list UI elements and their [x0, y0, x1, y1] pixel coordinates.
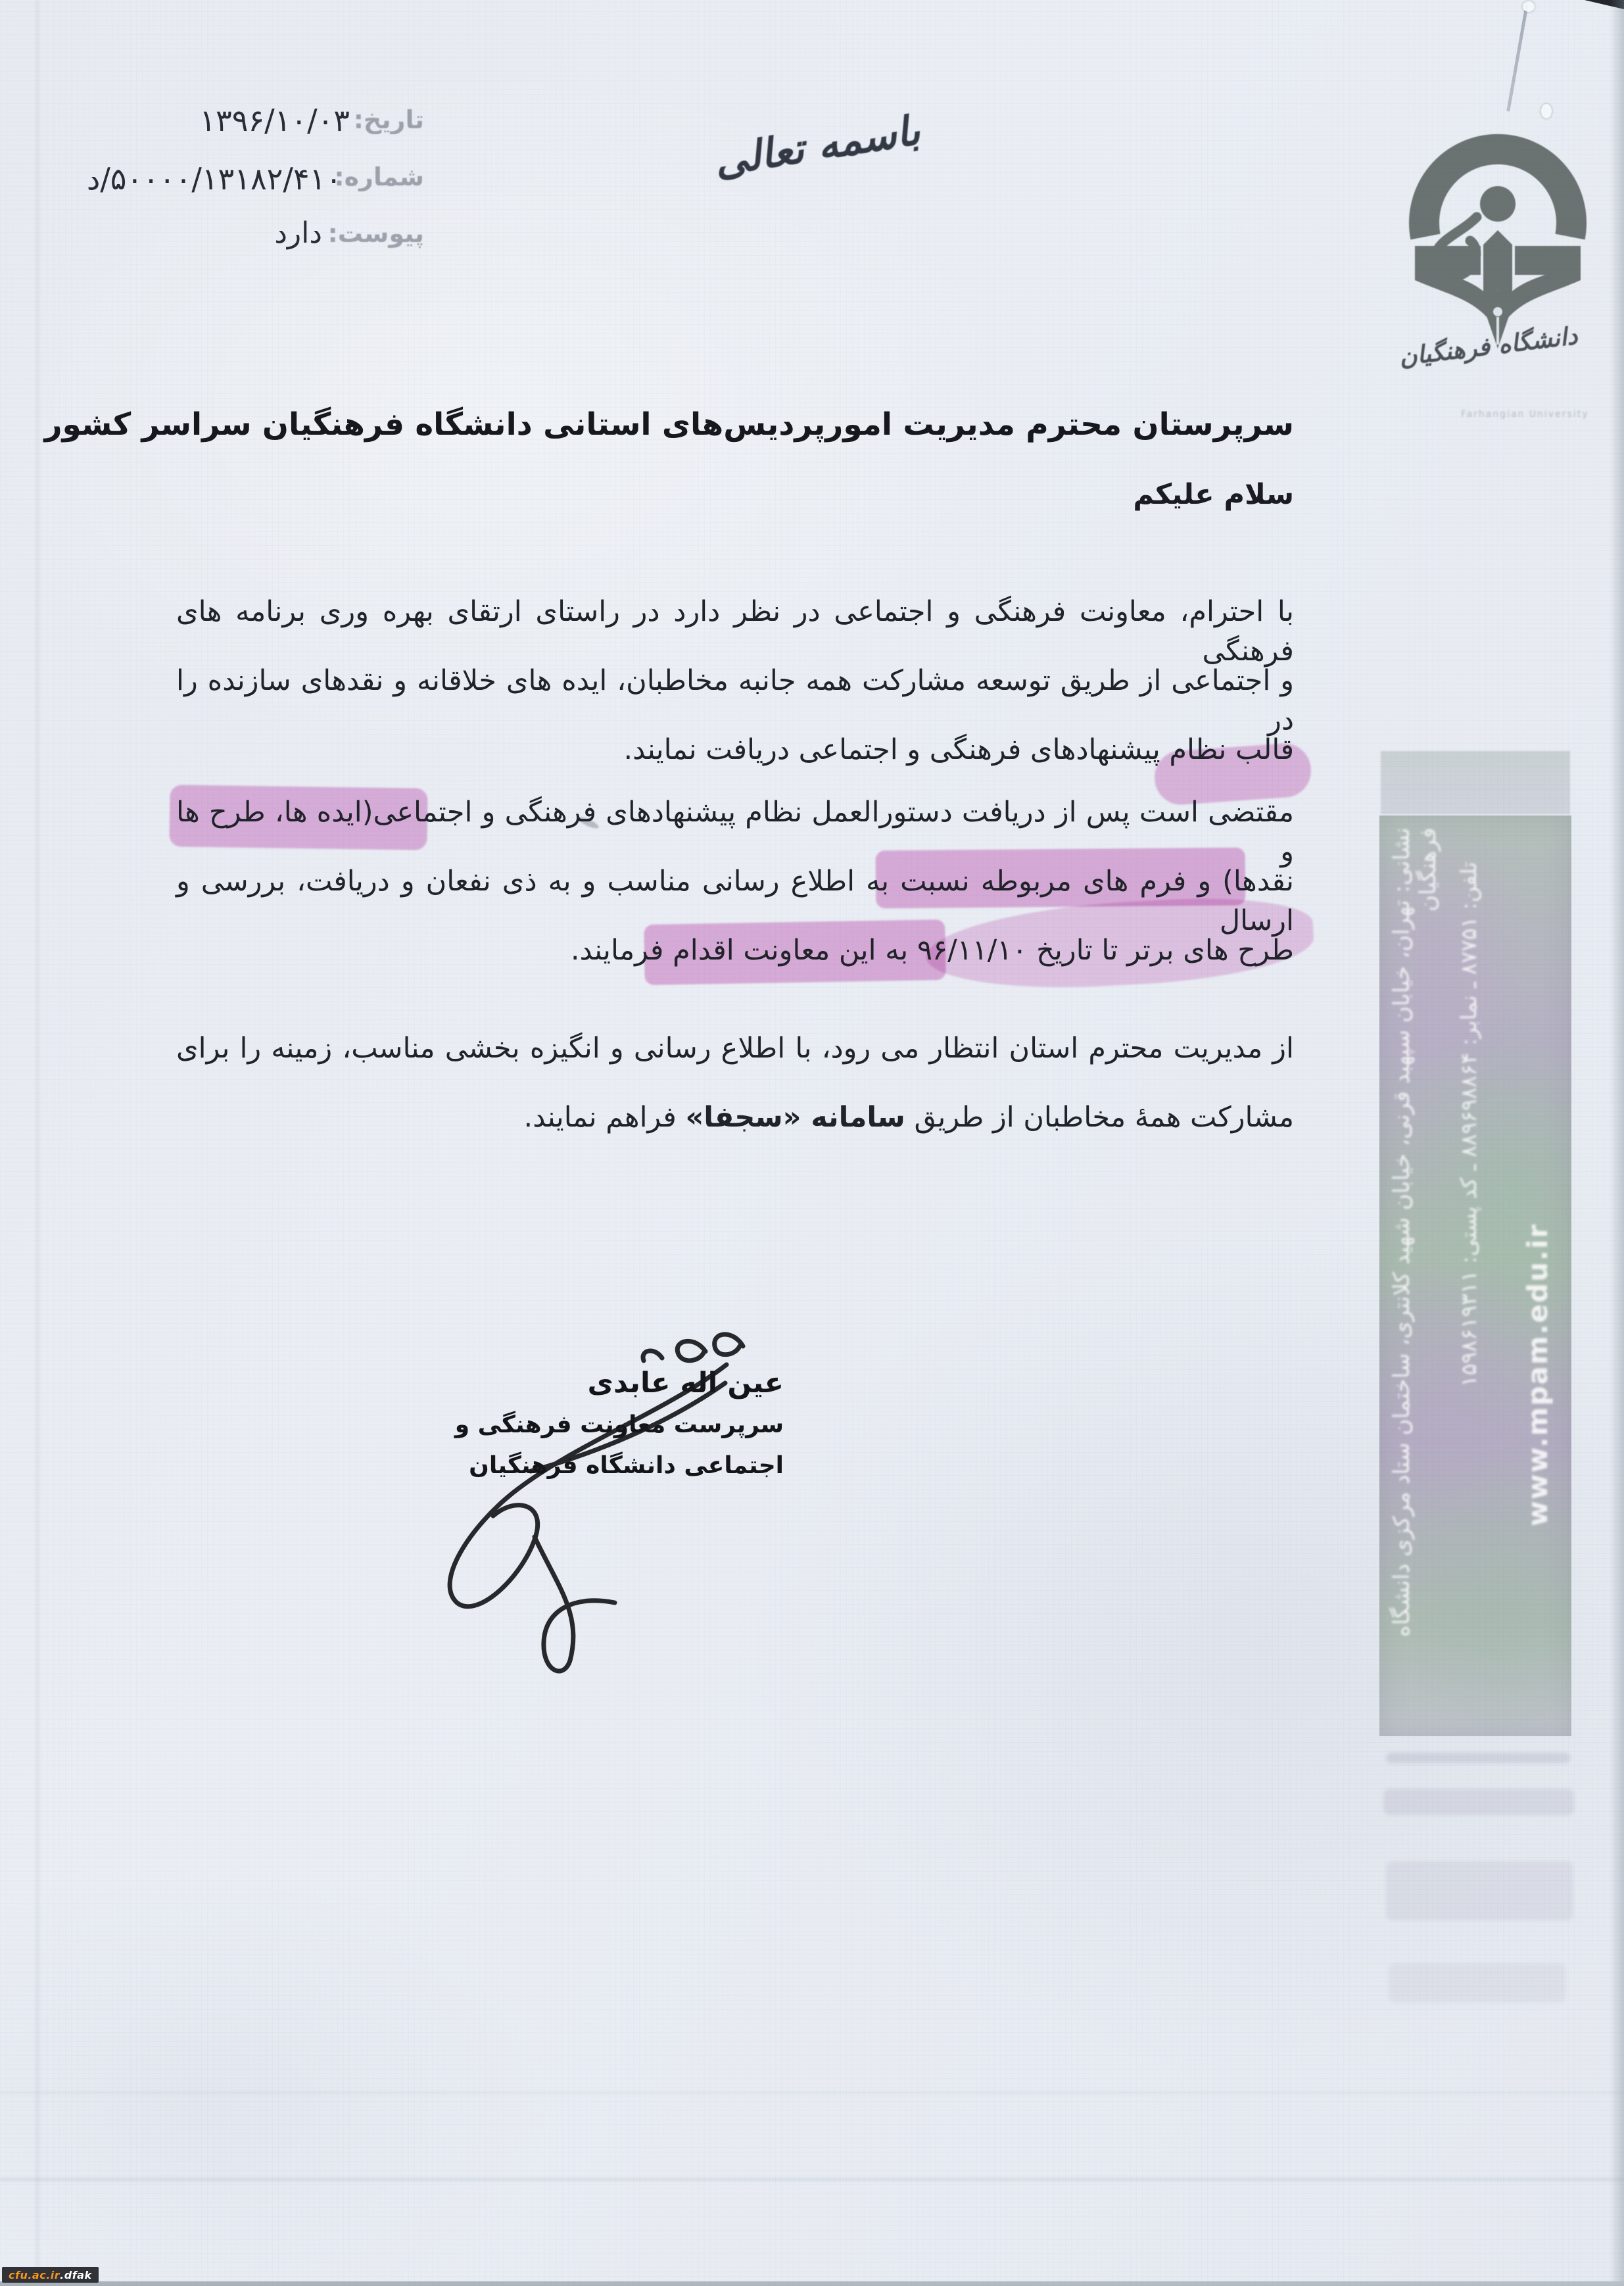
side-band-top-block	[1381, 751, 1570, 814]
side-band-address: نشانی: تهران، خیابان سپهبد قرنی، خیابان …	[1389, 827, 1446, 1722]
paper-crease-vertical	[36, 0, 39, 2286]
bleedthrough-line-2	[1383, 1789, 1574, 1815]
date-label: تاریخ:	[354, 105, 424, 134]
page-edge-shadow	[1610, 0, 1624, 2286]
paragraph3-line2: مشارکت همهٔ مخاطبان از طریق سامانه «سجفا…	[176, 1098, 1294, 1137]
scanned-letter-page: { "header": { "date_label": "تاریخ:", "d…	[0, 0, 1624, 2286]
logo-subcaption: Farhangian University	[1461, 409, 1588, 420]
paper-crease-horizontal-2	[0, 2091, 1624, 2094]
paragraph2-line2: نقدها) و فرم های مربوطه نسبت به اطلاع رس…	[176, 862, 1294, 940]
sajfa-system-bold: سامانه «سجفا»	[686, 1101, 905, 1134]
bleedthrough-line-3	[1386, 1861, 1573, 1920]
paragraph3-line1: از مدیریت محترم استان انتظار می رود، با …	[176, 1029, 1294, 1068]
p3l2-prefix: مشارکت همهٔ مخاطبان از طریق	[905, 1101, 1294, 1134]
paragraph1-line2: و اجتماعی از طریق توسعه مشارکت همه جانبه…	[176, 661, 1294, 740]
attachment-value: دارد	[274, 216, 322, 250]
number-label: شماره:	[334, 162, 424, 191]
paragraph1-line1: با احترام، معاونت فرهنگی و اجتماعی در نظ…	[176, 592, 1294, 671]
dfak-watermark-badge: dfak.cfu.ac.ir	[2, 2267, 99, 2283]
watermark-text-orange: cfu.ac.ir	[9, 2269, 60, 2281]
salutation: سلام علیکم	[176, 475, 1294, 514]
handwritten-signature	[358, 1305, 779, 1700]
attachment-label: پیوست:	[328, 219, 424, 248]
staple-glint-bottom	[1541, 104, 1552, 118]
number-value: د/۵۰۰۰۰/۱۳۱۸۲/۴۱۰	[87, 161, 342, 197]
bleedthrough-line-1	[1386, 1753, 1570, 1763]
side-band-website: www.mpam.edu.ir	[1521, 1223, 1564, 1710]
paragraph1-line3: قالب نظام پیشنهادهای فرهنگی و اجتماعی در…	[176, 730, 1294, 769]
paragraph2-line3: طرح های برتر تا تاریخ ۹۶/۱۱/۱۰ به این مع…	[176, 931, 1294, 970]
side-band-contact: تلفن: ۸۷۷۵۱ ـ نمابر: ۸۸۹۶۹۸۸۶۴ ـ کد پستی…	[1456, 862, 1506, 1690]
staple-glint-top	[1523, 1, 1535, 12]
bleedthrough-line-4	[1389, 1963, 1566, 2003]
scan-bottom-edge	[0, 2281, 1624, 2286]
date-value: ۱۳۹۶/۱۰/۰۳	[199, 103, 350, 138]
paragraph2-line1: مقتضی است پس از دریافت دستورالعمل نظام پ…	[176, 792, 1294, 871]
p3l2-suffix: فراهم نمایند.	[524, 1101, 686, 1134]
besmeleh-calligraphy: باسمه تعالی	[711, 106, 923, 185]
recipient-line: سرپرستان محترم مدیریت امورپردیس‌های استا…	[176, 405, 1294, 445]
watermark-text-white: dfak.	[60, 2269, 91, 2281]
paper-crease-horizontal	[0, 2178, 1624, 2181]
side-band: نشانی: تهران، خیابان سپهبد قرنی، خیابان …	[1379, 815, 1571, 1736]
